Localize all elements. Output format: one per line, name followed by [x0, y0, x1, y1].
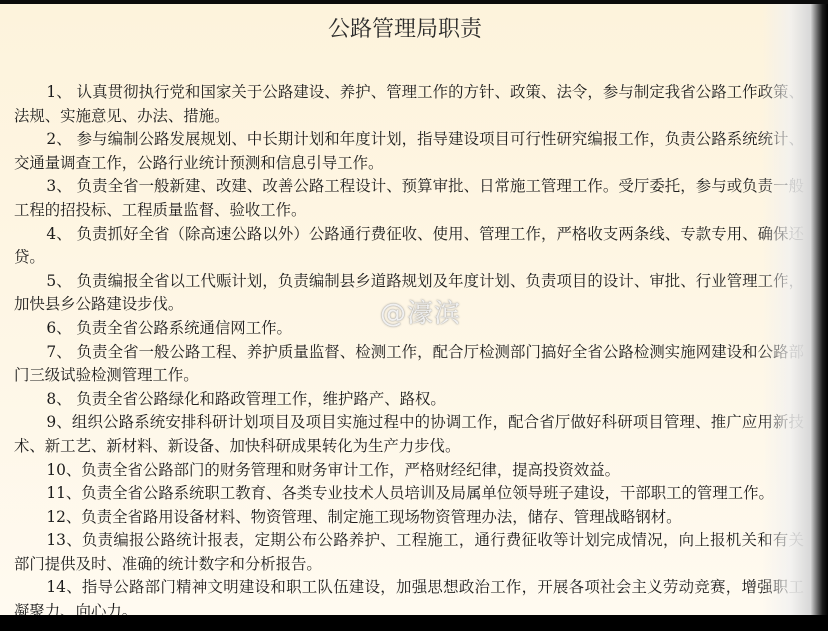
duty-item-11: 11、负责全省公路系统职工教育、各类专业技术人员培训及局属单位领导班子建设，干部… — [14, 482, 804, 506]
duty-item-9: 9、组织公路系统安排科研计划项目及项目实施过程中的协调工作，配合省厅做好科研项目… — [14, 411, 804, 458]
duty-item-10: 10、负责全省公路部门的财务管理和财务审计工作，严格财经纪律，提高投资效益。 — [14, 459, 804, 483]
bottom-border — [0, 615, 828, 631]
duty-item-4: 4、 负责抓好全省（除高速公路以外）公路通行费征收、使用、管理工作，严格收支两条… — [14, 223, 804, 270]
watermark: @濠滨 — [380, 293, 461, 330]
duty-item-2: 2、 参与编制公路发展规划、中长期计划和年度计划，指导建设项目可行性研究编报工作… — [14, 128, 804, 175]
duty-item-3: 3、 负责全省一般新建、改建、改善公路工程设计、预算审批、日常施工管理工作。受厅… — [14, 175, 804, 222]
duty-item-12: 12、负责全省路用设备材料、物资管理、制定施工现场物资管理办法，储存、管理战略钢… — [14, 506, 804, 530]
duty-item-13: 13、负责编报公路统计报表，定期公布公路养护、工程施工，通行费征收等计划完成情况… — [14, 529, 804, 576]
duty-item-14: 14、指导公路部门精神文明建设和职工队伍建设，加强思想政治工作，开展各项社会主义… — [14, 576, 804, 615]
document-page: 公路管理局职责 1、 认真贯彻执行党和国家关于公路建设、养护、管理工作的方针、政… — [0, 4, 810, 615]
duty-item-1: 1、 认真贯彻执行党和国家关于公路建设、养护、管理工作的方针、政策、法令，参与制… — [14, 81, 804, 128]
duty-item-7: 7、 负责全省一般公路工程、养护质量监督、检测工作，配合厅检测部门搞好全省公路检… — [14, 341, 804, 388]
document-title: 公路管理局职责 — [0, 12, 810, 43]
document-body: 1、 认真贯彻执行党和国家关于公路建设、养护、管理工作的方针、政策、法令，参与制… — [14, 81, 804, 615]
page-edge-shadow — [810, 4, 828, 615]
duty-item-8: 8、 负责全省公路绿化和路政管理工作，维护路产、路权。 — [14, 388, 804, 412]
